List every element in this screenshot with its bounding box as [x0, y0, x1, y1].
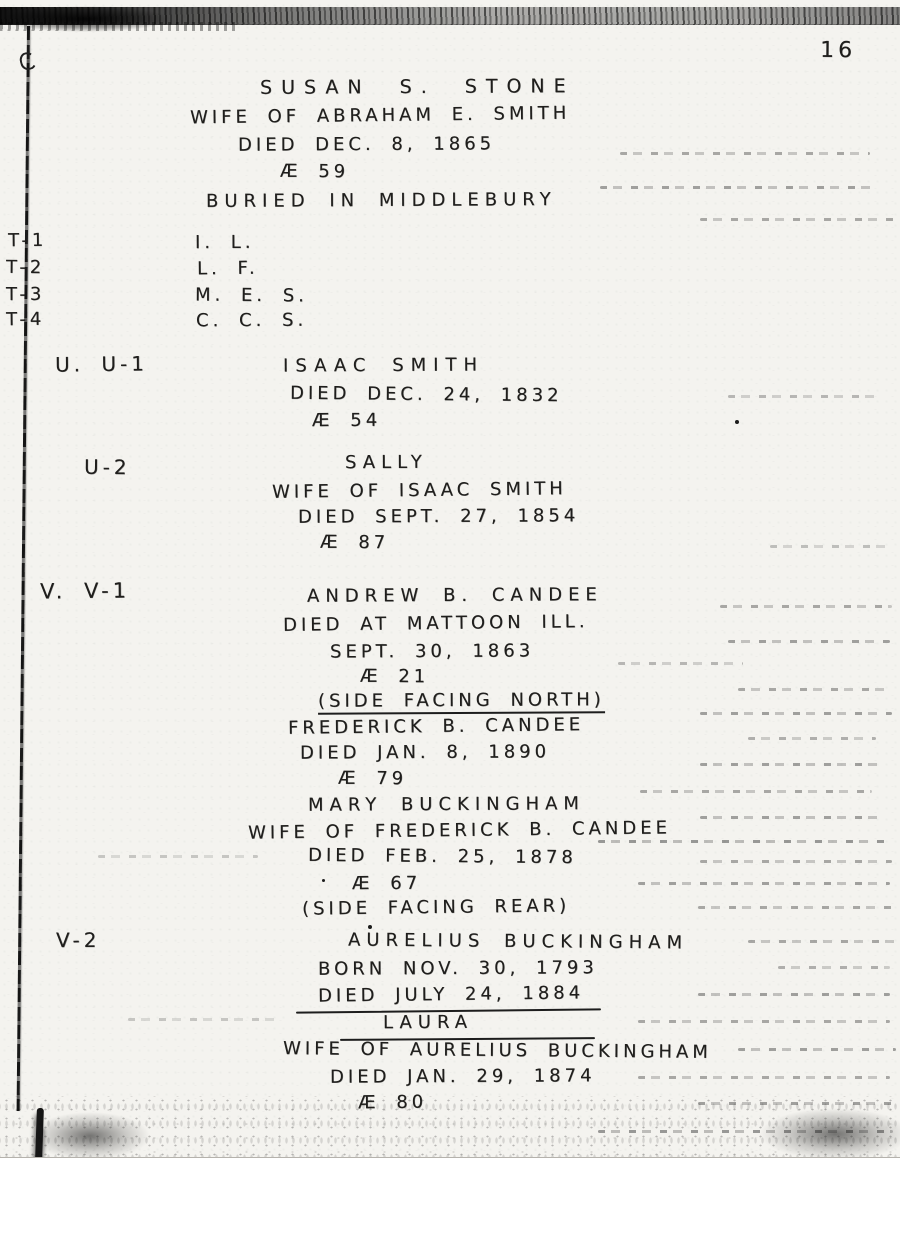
t4-label: T-4 [6, 309, 46, 330]
v2-label: V-2 [56, 928, 101, 952]
record-name-susan-stone: SUSAN S. STONE [260, 75, 575, 99]
ink-dot-mark [735, 420, 739, 424]
ruled-line-streak [640, 790, 872, 793]
u1-name: ISAAC SMITH [283, 354, 484, 376]
u2-died: DIED SEPT. 27, 1854 [298, 505, 579, 527]
t2-label: T-2 [6, 257, 45, 278]
ruled-line-streak [720, 605, 892, 608]
pen-curl-mark [18, 50, 38, 72]
v1-age2: Æ 79 [338, 768, 407, 790]
v1-age3: Æ 67 [352, 873, 421, 894]
ruled-line-streak [770, 545, 890, 548]
ruled-line-streak [700, 816, 882, 819]
v1-died2: DIED JAN. 8, 1890 [300, 741, 550, 763]
ruled-line-streak [600, 186, 875, 189]
u2-age: Æ 87 [320, 532, 389, 554]
v2-name-aurelius: AURELIUS BUCKINGHAM [348, 930, 688, 954]
v1-died-date: SEPT. 30, 1863 [330, 640, 534, 662]
ruled-line-streak [638, 1076, 890, 1079]
v-section-label: V. V-1 [40, 578, 130, 603]
ruled-line-streak [598, 840, 890, 843]
t3-label: T-3 [6, 284, 45, 305]
ruled-line-streak [128, 1018, 278, 1021]
ruled-line-streak [638, 882, 890, 885]
u2-name: SALLY [345, 452, 428, 473]
ruled-line-streak [728, 395, 878, 398]
v1-died-at: DIED AT MATTOON ILL. [283, 611, 589, 636]
v1-age: Æ 21 [360, 666, 429, 688]
ruled-line-streak [700, 712, 892, 715]
u1-died: DIED DEC. 24, 1832 [290, 383, 563, 406]
u2-label: U-2 [84, 455, 131, 479]
v2-born: BORN NOV. 30, 1793 [318, 957, 598, 979]
page-number: 16 [820, 38, 856, 63]
ruled-line-streak [738, 688, 890, 691]
t1-label: T-1 [8, 230, 48, 251]
ruled-line-streak [728, 640, 890, 643]
v2-age: Æ 80 [358, 1092, 427, 1114]
v1-name3-mary: MARY BUCKINGHAM [308, 793, 585, 815]
v1-died3: DIED FEB. 25, 1878 [308, 845, 577, 868]
page-bottom-edge [0, 1157, 900, 1238]
scanned-document-page: 16 SUSAN S. STONE WIFE OF ABRAHAM E. SMI… [0, 0, 900, 1238]
t1-value: I. L. [195, 232, 255, 253]
ruled-line-streak [700, 860, 892, 863]
ruled-line-streak [98, 855, 258, 858]
ruled-line-streak [698, 993, 890, 996]
ruled-line-streak [700, 218, 895, 221]
ruled-line-streak [748, 737, 876, 740]
ruled-line-streak [698, 906, 892, 909]
t3-value: M. E. S. [195, 285, 308, 307]
ink-dot-mark [322, 879, 325, 882]
v1-name2-frederick: FREDERICK B. CANDEE [288, 714, 584, 739]
v2-name2-laura: LAURA [383, 1012, 473, 1033]
t2-value: L. F. [197, 258, 259, 280]
u2-wife-of: WIFE OF ISAAC SMITH [272, 478, 567, 503]
ruled-line-streak [620, 152, 870, 155]
ink-dot-mark [368, 925, 372, 929]
u-section-label: U. U-1 [55, 351, 148, 376]
v2-wife-of: WIFE OF AURELIUS BUCKINGHAM [283, 1038, 712, 1063]
v1-name: ANDREW B. CANDEE [307, 584, 603, 607]
record-age-line: Æ 59 [280, 161, 349, 183]
v1-side-note-rear: (SIDE FACING REAR) [302, 895, 570, 919]
binding-line-artifact [17, 26, 30, 1111]
v1-side-note-north: (SIDE FACING NORTH) [318, 689, 605, 715]
record-buried-line: BURIED IN MIDDLEBURY [206, 189, 557, 212]
v2-died2: DIED JAN. 29, 1874 [330, 1065, 596, 1087]
ruled-line-streak [738, 1048, 896, 1051]
scan-smudge-bottom-right [760, 1108, 900, 1160]
ruled-line-streak [748, 940, 896, 943]
t4-value: C. C. S. [196, 310, 307, 332]
ruled-line-streak [618, 662, 743, 665]
ruled-line-streak [700, 763, 882, 766]
scan-smudge-bottom-left [30, 1112, 150, 1160]
u1-age: Æ 54 [312, 410, 381, 431]
record-wife-of-line: WIFE OF ABRAHAM E. SMITH [190, 103, 570, 129]
scan-smudge-top-left [0, 6, 170, 32]
ruled-line-streak [638, 1020, 890, 1023]
ruled-line-streak [778, 966, 890, 969]
record-died-line: DIED DEC. 8, 1865 [238, 133, 495, 155]
v2-died: DIED JULY 24, 1884 [318, 982, 584, 1006]
